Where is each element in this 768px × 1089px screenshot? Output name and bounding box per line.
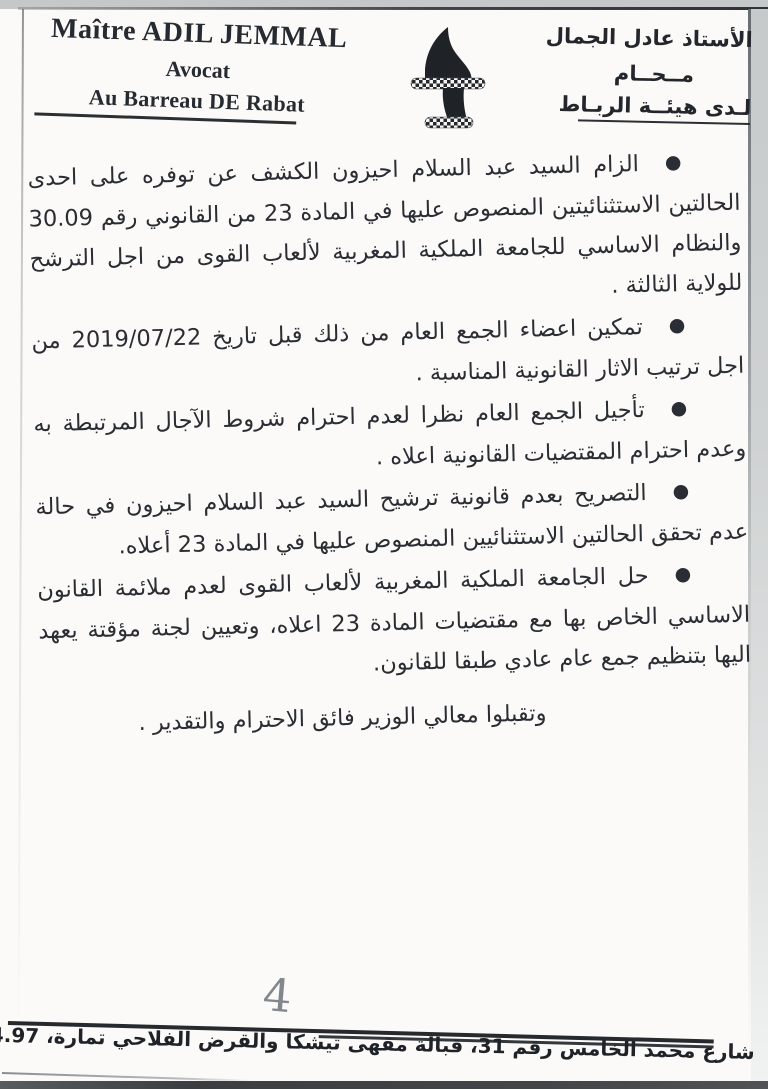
letterhead-logo-icon (397, 24, 499, 134)
page-left-edge-line (17, 9, 24, 1049)
footer-thin-rule (2, 1072, 254, 1081)
demand-item-text: تأجيل الجمع العام نظرا لعدم احترام شروط … (33, 397, 746, 470)
demand-item: ●الزام السيد عبد السلام احيزون الكشف عن … (27, 142, 743, 320)
office-address: شارع محمد الخامس رقم 31، قبالة مقهى تيشك… (55, 1024, 755, 1064)
scan-edge-right (751, 9, 768, 1082)
demand-item-text: الزام السيد عبد السلام احيزون الكشف عن ت… (27, 151, 742, 299)
bullet-icon: ● (674, 554, 692, 594)
bullet-icon: ● (664, 142, 682, 182)
demand-item-text: تمكين اعضاء الجمع العام من ذلك قبل تاريخ… (31, 314, 744, 386)
demand-item: ●تمكين اعضاء الجمع العام من ذلك قبل تاري… (31, 305, 745, 403)
letterhead-arabic-block: الأستاذ عادل الجمال مــحــام لـدى هيئــة… (555, 24, 753, 125)
scan-edge-bottom (0, 1081, 768, 1089)
demand-item-text: حل الجامعة الملكية المغربية لألعاب القوى… (37, 563, 751, 677)
letter-body: ●الزام السيد عبد السلام احيزون الكشف عن … (27, 142, 753, 746)
letterhead-french-block: Maître ADIL JEMMAL Avocat Au Barreau DE … (28, 12, 367, 126)
attorney-name-french: Maître ADIL JEMMAL (31, 12, 368, 56)
bar-affiliation-arabic: لـدى هيئــة الربـاط (555, 92, 751, 120)
bullet-icon: ● (672, 471, 690, 511)
bullet-icon: ● (670, 388, 688, 428)
demand-item: ●تأجيل الجمع العام نظرا لعدم احترام شروط… (33, 388, 747, 486)
page-top-edge-line (18, 7, 768, 10)
demand-item-text: التصريح بعدم قانونية ترشيح السيد عبد الس… (35, 480, 748, 559)
attorney-title-arabic: مــحــام (556, 60, 752, 88)
scanned-letter-page: Maître ADIL JEMMAL Avocat Au Barreau DE … (0, 0, 768, 1089)
demand-item: ●التصريح بعدم قانونية ترشيح السيد عبد ال… (35, 471, 749, 569)
demand-item: ●حل الجامعة الملكية المغربية لألعاب القو… (37, 554, 752, 692)
closing-salutation: وتقبلوا معالي الوزير فائق الاحترام والتق… (40, 693, 547, 745)
page-right-edge-line (748, 9, 751, 1049)
handwritten-page-number: 4 (261, 968, 294, 1023)
attorney-name-arabic: الأستاذ عادل الجمال (557, 24, 753, 52)
arabic-underline-rule (578, 119, 750, 125)
bullet-icon: ● (668, 305, 686, 345)
